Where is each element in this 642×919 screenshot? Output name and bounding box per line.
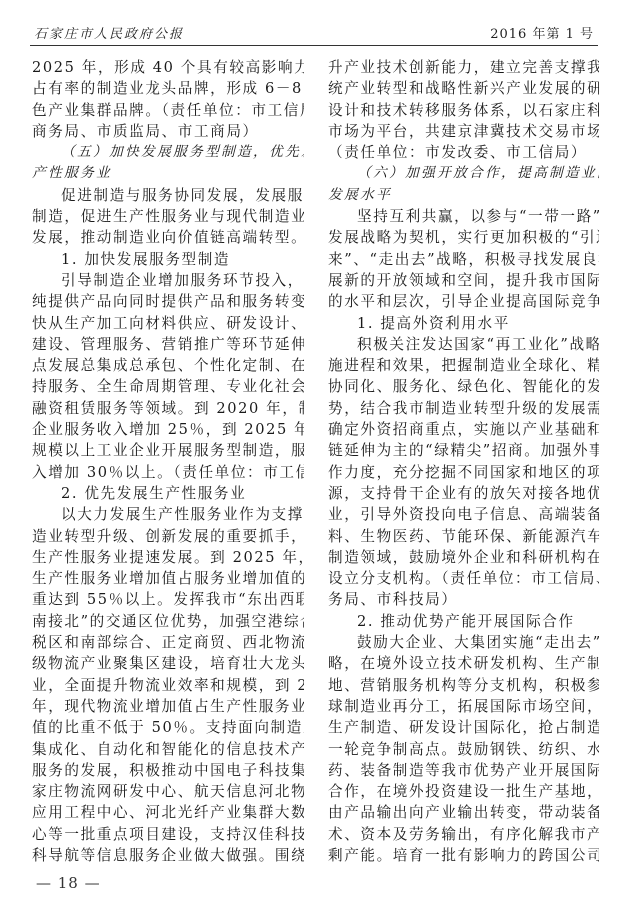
text-line: 术、资本及劳务输出，有序化解我市产业过	[328, 824, 599, 845]
text-line: 持服务、全生命周期管理、专业化社会服务、	[32, 376, 304, 397]
text-line: 升产业技术创新能力，建立完善支撑我市传	[328, 57, 599, 78]
text-line: 生产性服务业提速发展。到 2025 年，全市	[32, 547, 304, 568]
text-line: 势，结合我市制造业转型升级的发展需求，	[328, 398, 599, 419]
text-line: 剩产能。培育一批有影响力的跨国公司，鼓	[328, 845, 599, 866]
text-line: 集成化、自动化和智能化的信息技术产品和	[32, 739, 304, 760]
text-line: 值的比重不低于 50％。支持面向制造业的	[32, 717, 304, 738]
text-line: （责任单位：市发改委、市工信局）	[328, 142, 599, 163]
text-line: 务局、市科技局）	[328, 589, 599, 610]
section-heading-line: （五）加快发展服务型制造，优先发展生	[32, 142, 304, 163]
text-line: 业，引导外资投向电子信息、高端装备、新材	[328, 504, 599, 525]
text-line: 点发展总集成总承包、个性化定制、在线支	[32, 355, 304, 376]
text-line: 链延伸为主的“绿精尖”招商。加强外事工	[328, 440, 599, 461]
issue-label: 2016 年第 1 号	[490, 23, 594, 42]
text-line: 级物流产业聚集区建设，培育壮大龙头企	[32, 653, 304, 674]
text-line: 设计和技术转移服务体系，以石家庄科技大	[328, 100, 599, 121]
text-line: 南接北”的交通区位优势，加强空港综合保	[32, 611, 304, 632]
text-line: 纯提供产品向同时提供产品和服务转变，加	[32, 291, 304, 312]
text-line: 作力度，充分挖掘不同国家和地区的项目资	[328, 462, 599, 483]
text-line: 融资租赁服务等领域。到 2020 年，制造型	[32, 398, 304, 419]
text-line: 一轮竞争制高点。鼓励钢铁、纺织、水泥、医	[328, 739, 599, 760]
text-line: 科导航等信息服务企业做大做强。围绕提	[32, 845, 304, 866]
text-line: 的水平和层次，引导企业提高国际竞争力。	[328, 291, 599, 312]
subsection-heading: 1. 加快发展服务型制造	[32, 249, 304, 270]
text-line: 设立分支机构。（责任单位：市工信局、市商	[328, 568, 599, 589]
publication-title: 石家庄市人民政府公报	[34, 23, 184, 42]
text-line: 略，在境外设立技术研发机构、生产制造基	[328, 653, 599, 674]
text-line: 施进程和效果，把握制造业全球化、精益化、	[328, 355, 599, 376]
left-column: 2025 年，形成 40 个具有较高影响力和市场占有率的制造业龙头品牌，形成 6…	[32, 57, 304, 866]
text-line: 由产品输出向产业输出转变，带动装备、技	[328, 802, 599, 823]
text-line: 制造，促进生产性服务业与现代制造业融合	[32, 206, 304, 227]
text-line: 合作，在境外投资建设一批生产基地，实现	[328, 781, 599, 802]
text-line: 生产性服务业增加值占服务业增加值的比	[32, 568, 304, 589]
text-line: 展新的开放领域和空间，提升我市国际合作	[328, 270, 599, 291]
text-line: 应用工程中心、河北光纤产业集群大数据中	[32, 802, 304, 823]
text-line: 以大力发展生产性服务业作为支撑制	[32, 504, 304, 525]
text-line: 发展战略为契机，实行更加积极的“引进	[328, 227, 599, 248]
text-line: 企业服务收入增加 25％，到 2025 年，80％的	[32, 419, 304, 440]
page-header: 石家庄市人民政府公报 2016 年第 1 号	[30, 18, 598, 46]
text-line: 色产业集群品牌。（责任单位：市工信局、市	[32, 100, 304, 121]
right-column: 升产业技术创新能力，建立完善支撑我市传统产业转型和战略性新兴产业发展的研发设计和…	[328, 57, 599, 866]
text-line: 占有率的制造业龙头品牌，形成 6－8 个特	[32, 78, 304, 99]
text-line: 源，支持骨干企业有的放矢对接各地优势产	[328, 483, 599, 504]
text-line: 鼓励大企业、大集团实施“走出去”战	[328, 632, 599, 653]
text-line: 入增加 30％以上。（责任单位：市工信局）	[32, 462, 304, 483]
text-line: 球制造业再分工，拓展国际市场空间，推动	[328, 696, 599, 717]
text-line: 引导制造企业增加服务环节投入，从单	[32, 270, 304, 291]
text-line: 商务局、市质监局、市工商局）	[32, 121, 304, 142]
text-line: 2025 年，形成 40 个具有较高影响力和市场	[32, 57, 304, 78]
section-heading-line: 产性服务业	[32, 163, 304, 184]
page-number: — 18 —	[36, 874, 101, 892]
text-line: 年，现代物流业增加值占生产性服务业增加	[32, 696, 304, 717]
section-heading-line: 发展水平	[328, 185, 599, 206]
text-line: 税区和南部综合、正定商贸、西北物流等省	[32, 632, 304, 653]
subsection-heading: 2. 优先发展生产性服务业	[32, 483, 304, 504]
text-line: 市场为平台，共建京津冀技术交易市场。	[328, 121, 599, 142]
text-line: 来”、“走出去”战略，积极寻找发展良机，拓	[328, 249, 599, 270]
text-line: 建设、管理服务、营销推广等环节延伸。重	[32, 334, 304, 355]
section-heading-line: （六）加强开放合作，提高制造业国际化	[328, 163, 599, 184]
text-line: 药、装备制造等我市优势产业开展国际产能	[328, 760, 599, 781]
text-line: 服务的发展，积极推动中国电子科技集团石	[32, 760, 304, 781]
subsection-heading: 1. 提高外资利用水平	[328, 313, 599, 334]
text-line: 生产制造、研发设计国际化，抢占制造业新	[328, 717, 599, 738]
text-line: 地、营销服务机构等分支机构，积极参与全	[328, 675, 599, 696]
text-line: 业，全面提升物流业效率和规模，到 2025	[32, 675, 304, 696]
text-line: 重达到 55％以上。发挥我市“东出西联、承	[32, 589, 304, 610]
text-line: 家庄物流网研发中心、航天信息河北物联网	[32, 781, 304, 802]
text-line: 快从生产加工向材料供应、研发设计、品牌	[32, 313, 304, 334]
text-line: 制造领域，鼓励境外企业和科研机构在我市	[328, 547, 599, 568]
text-line: 协同化、服务化、绿色化、智能化的发展态	[328, 376, 599, 397]
subsection-heading: 2. 推动优势产能开展国际合作	[328, 611, 599, 632]
text-line: 促进制造与服务协同发展，发展服务型	[32, 185, 304, 206]
text-line: 积极关注发达国家“再工业化”战略实	[328, 334, 599, 355]
text-line: 料、生物医药、节能环保、新能源汽车等高端	[328, 526, 599, 547]
text-line: 造业转型升级、创新发展的重要抓手，推动	[32, 526, 304, 547]
text-line: 坚持互利共赢，以参与“一带一路”国家	[328, 206, 599, 227]
text-line: 确定外资招商重点，实施以产业基础和产业	[328, 419, 599, 440]
text-line: 心等一批重点项目建设，支持汉佳科技、电	[32, 824, 304, 845]
text-line: 统产业转型和战略性新兴产业发展的研发	[328, 78, 599, 99]
text-line: 发展，推动制造业向价值链高端转型。	[32, 227, 304, 248]
text-line: 规模以上工业企业开展服务型制造，服务收	[32, 440, 304, 461]
